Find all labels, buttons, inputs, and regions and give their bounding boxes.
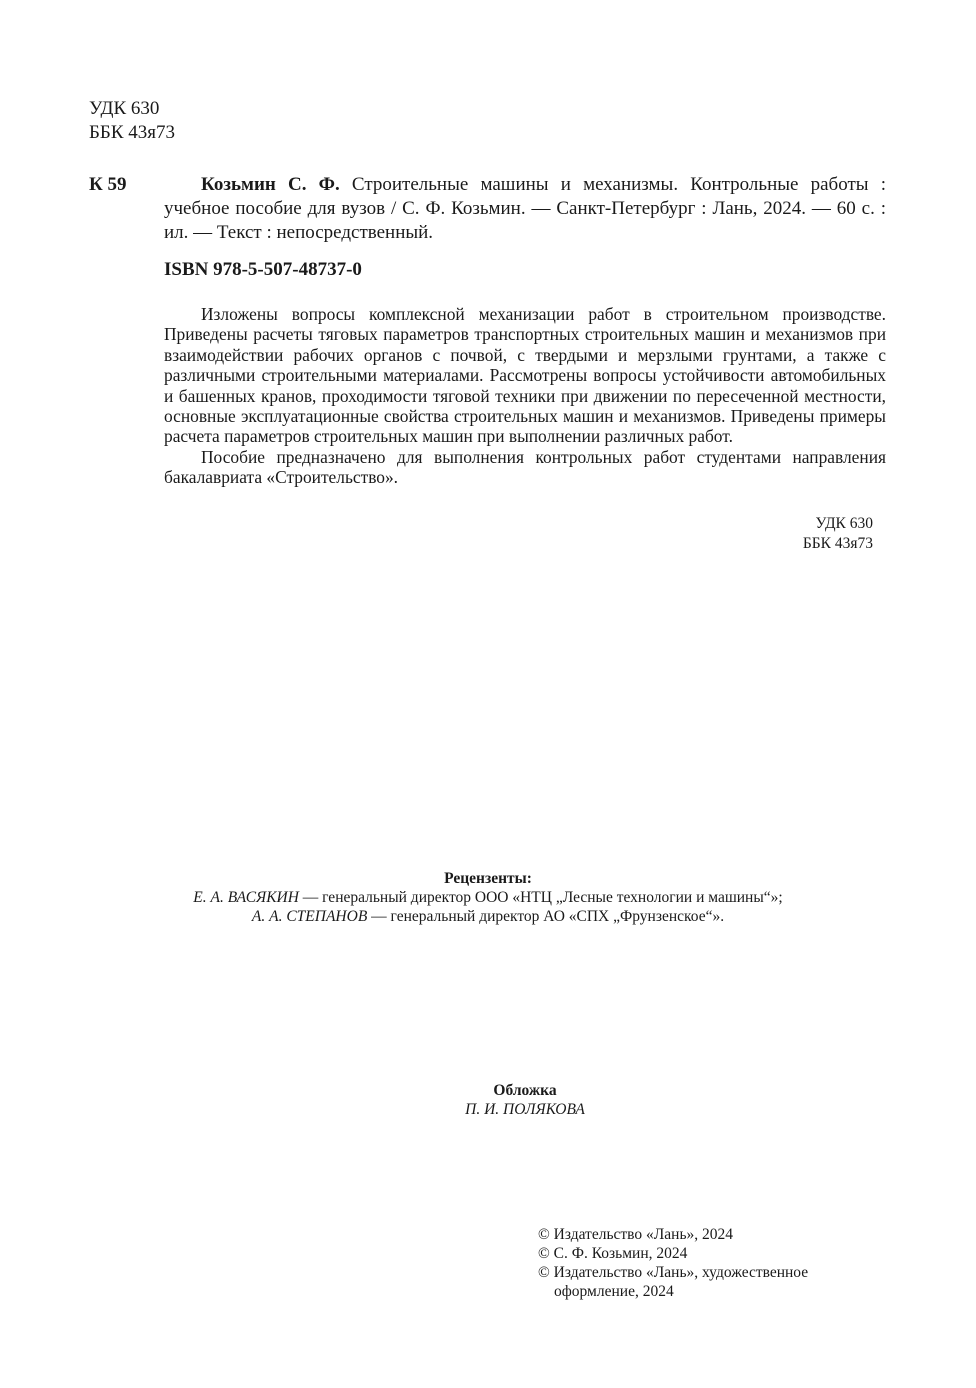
bbk-code: ББК 43я73 (760, 534, 873, 554)
copyright-line: © Издательство «Лань», 2024 (538, 1225, 808, 1244)
annotation-paragraph: Пособие предназначено для выполнения кон… (164, 447, 886, 488)
annotation: Изложены вопросы комплексной механизации… (164, 304, 886, 488)
reviewer-role: — генеральный директор АО «СПХ „Фрунзенс… (367, 908, 724, 925)
reviewer-name: А. А. СТЕПАНОВ (252, 908, 367, 925)
udk-code: УДК 630 (89, 97, 175, 121)
bibliographic-record: Козьмин С. Ф. Строительные машины и меха… (164, 173, 886, 245)
reviewer-name: Е. А. ВАСЯКИН (193, 889, 299, 906)
annotation-paragraph: Изложены вопросы комплексной механизации… (164, 304, 886, 447)
copyright-line: © Издательство «Лань», художественное (538, 1263, 808, 1282)
copyright-line: оформление, 2024 (538, 1282, 808, 1301)
bbk-code: ББК 43я73 (89, 121, 175, 145)
reviewer-item: Е. А. ВАСЯКИН — генеральный директор ООО… (0, 888, 976, 907)
isbn: ISBN 978-5-507-48737-0 (164, 258, 362, 282)
author-name: Козьмин С. Ф. (201, 174, 340, 195)
cover-heading: Обложка (0, 1081, 976, 1100)
cover-designer: П. И. ПОЛЯКОВА (0, 1100, 976, 1119)
reviewer-item: А. А. СТЕПАНОВ — генеральный директор АО… (0, 907, 976, 926)
udk-code: УДК 630 (760, 514, 873, 534)
reviewers-block: Рецензенты: Е. А. ВАСЯКИН — генеральный … (0, 869, 976, 926)
copyright-block: © Издательство «Лань», 2024 © С. Ф. Козь… (538, 1225, 808, 1301)
reviewer-role: — генеральный директор ООО «НТЦ „Лесные … (299, 889, 783, 906)
reviewers-heading: Рецензенты: (0, 869, 976, 888)
classification-codes-top: УДК 630 ББК 43я73 (89, 97, 175, 145)
author-mark: К 59 (89, 173, 127, 197)
cover-credit: Обложка П. И. ПОЛЯКОВА (0, 1081, 976, 1119)
copyright-line: © С. Ф. Козьмин, 2024 (538, 1244, 808, 1263)
classification-codes-bottom: УДК 630 ББК 43я73 (760, 514, 873, 554)
